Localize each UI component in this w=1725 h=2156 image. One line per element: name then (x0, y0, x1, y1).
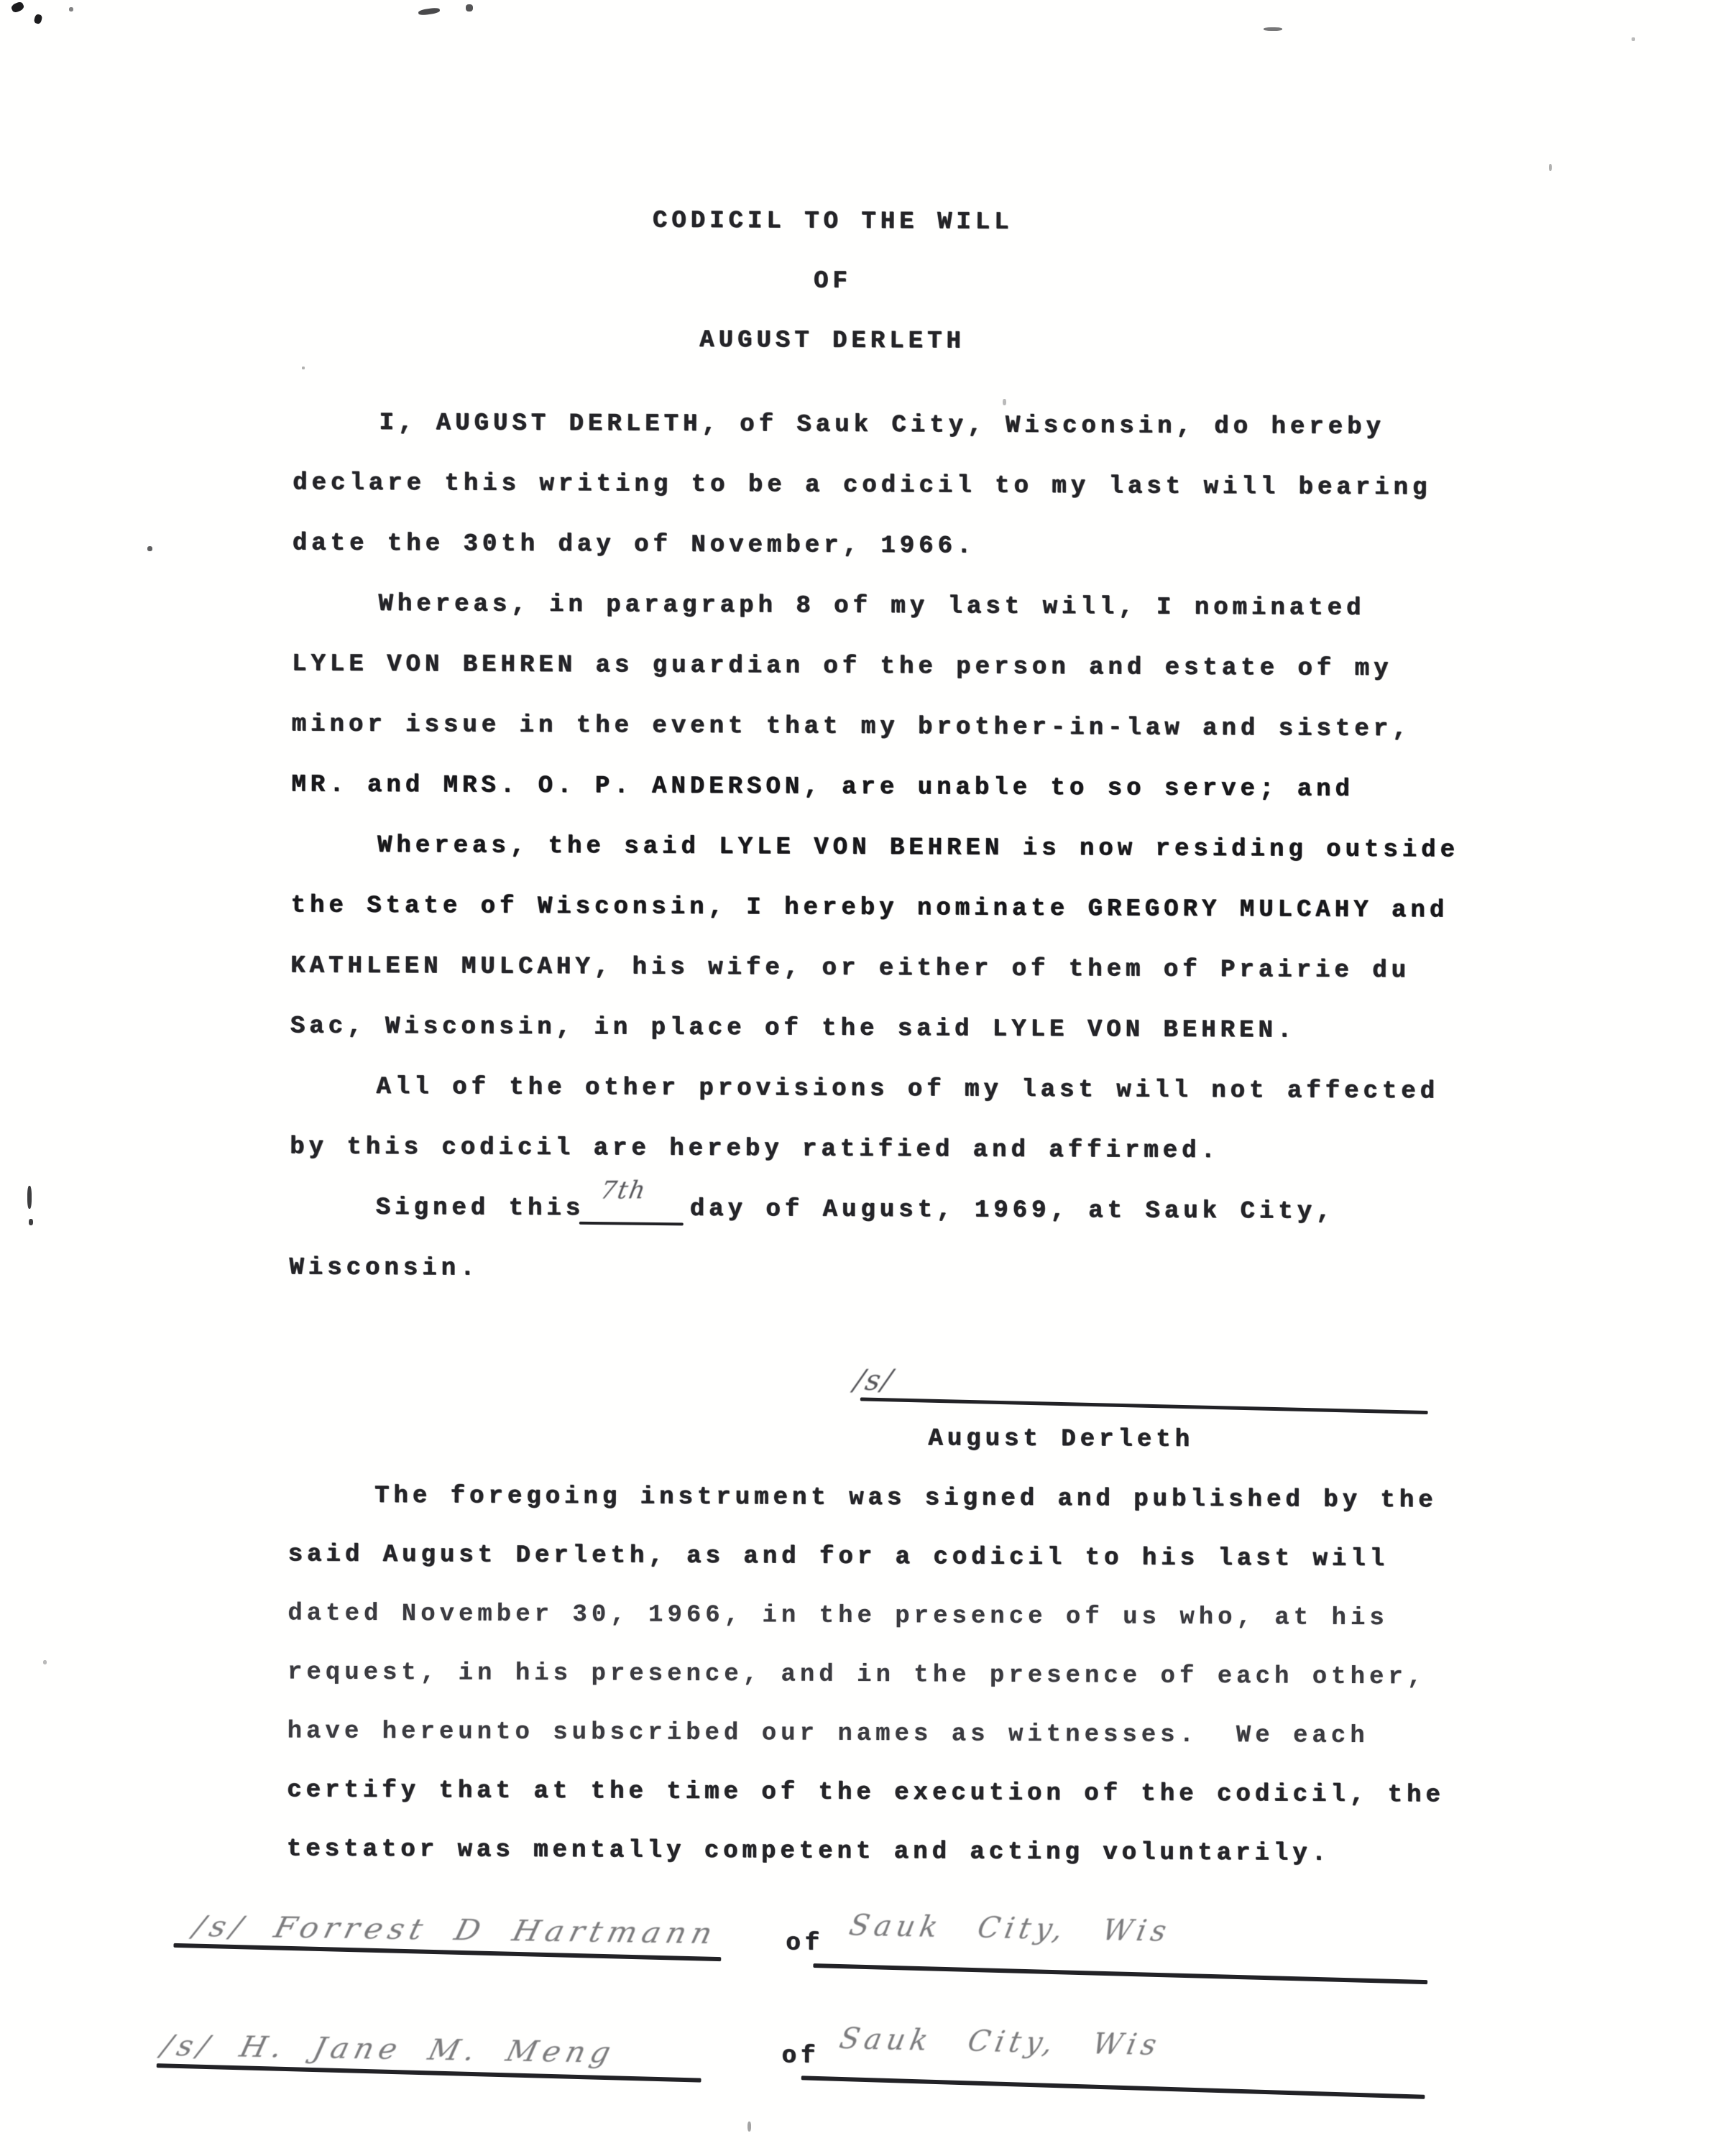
signature-underline (860, 1397, 1428, 1414)
attestation-line: request, in his presence, and in the pre… (287, 1661, 1426, 1690)
scan-speck (147, 546, 152, 551)
body-line: minor issue in the event that my brother… (292, 713, 1412, 742)
attestation-line: The foregoing instrument was signed and … (374, 1484, 1437, 1513)
signed-line-tail: Wisconsin. (289, 1256, 479, 1281)
scan-speck (466, 4, 473, 11)
body-line: date the 30th day of November, 1966. (293, 532, 976, 559)
scan-speck (1632, 37, 1635, 41)
scan-speck (302, 367, 305, 369)
scan-speck (29, 1219, 33, 1225)
body-line: LYLE VON BEHREN as guardian of the perso… (292, 653, 1393, 682)
body-line: Whereas, the said LYLE VON BEHREN is now… (377, 834, 1459, 863)
scan-speck (69, 7, 73, 11)
scan-speck (1003, 399, 1006, 405)
body-line: All of the other provisions of my last w… (377, 1075, 1440, 1104)
document-title-line: AUGUST DERLETH (0, 326, 1695, 357)
witness-place-underline (813, 1963, 1427, 1984)
scan-speck (1264, 27, 1282, 31)
witness-signature: /s/ Forrest D Hartmann (190, 1910, 721, 1950)
witness-place: Sauk City, Wis (847, 1909, 1174, 1948)
signed-line-prefix: Signed this (376, 1196, 585, 1221)
scan-speck (1549, 164, 1552, 171)
witness-of-label: of (786, 1932, 824, 1956)
document-title-line: OF (0, 266, 1696, 298)
body-line: MR. and MRS. O. P. ANDERSON, are unable … (291, 773, 1354, 802)
body-line: by this codicil are hereby ratified and … (290, 1135, 1220, 1164)
witness-of-label: of (782, 2045, 820, 2069)
scan-speck (747, 2122, 751, 2132)
witness-place: Sauk City, Wis (837, 2022, 1164, 2062)
page-content: CODICIL TO THE WILL OF AUGUST DERLETH I,… (0, 0, 1725, 2156)
testator-name: August Derleth (928, 1427, 1194, 1452)
body-line: Whereas, in paragraph 8 of my last will,… (378, 592, 1365, 621)
body-line: the State of Wisconsin, I hereby nominat… (291, 894, 1449, 923)
handwritten-s-mark: /s/ (851, 1364, 896, 1397)
scanned-codicil-page: CODICIL TO THE WILL OF AUGUST DERLETH I,… (0, 0, 1725, 2156)
document-title-line: CODICIL TO THE WILL (0, 206, 1696, 238)
signed-line-suffix: day of August, 1969, at Sauk City, (690, 1197, 1335, 1225)
attestation-line: dated November 30, 1966, in the presence… (287, 1602, 1389, 1631)
attestation-line: said August Derleth, as and for a codici… (288, 1543, 1389, 1572)
body-line: Sac, Wisconsin, in place of the said LYL… (290, 1015, 1297, 1044)
scan-speck (27, 1186, 32, 1209)
attestation-line: have hereunto subscribed our names as wi… (287, 1720, 1369, 1749)
attestation-line: testator was mentally competent and acti… (287, 1838, 1330, 1866)
handwritten-day: 7th (598, 1176, 649, 1204)
attestation-line: certify that at the time of the executio… (287, 1779, 1445, 1808)
body-line: I, AUGUST DERLETH, of Sauk City, Wiscons… (379, 411, 1386, 440)
body-line: declare this writing to be a codicil to … (293, 471, 1431, 501)
scan-speck (43, 1660, 47, 1664)
witness-place-underline (801, 2076, 1425, 2099)
witness-signature: /s/ H. Jane M. Meng (158, 2030, 619, 2070)
body-line: KATHLEEN MULCAHY, his wife, or either of… (290, 954, 1410, 984)
day-blank-underline (579, 1222, 684, 1226)
